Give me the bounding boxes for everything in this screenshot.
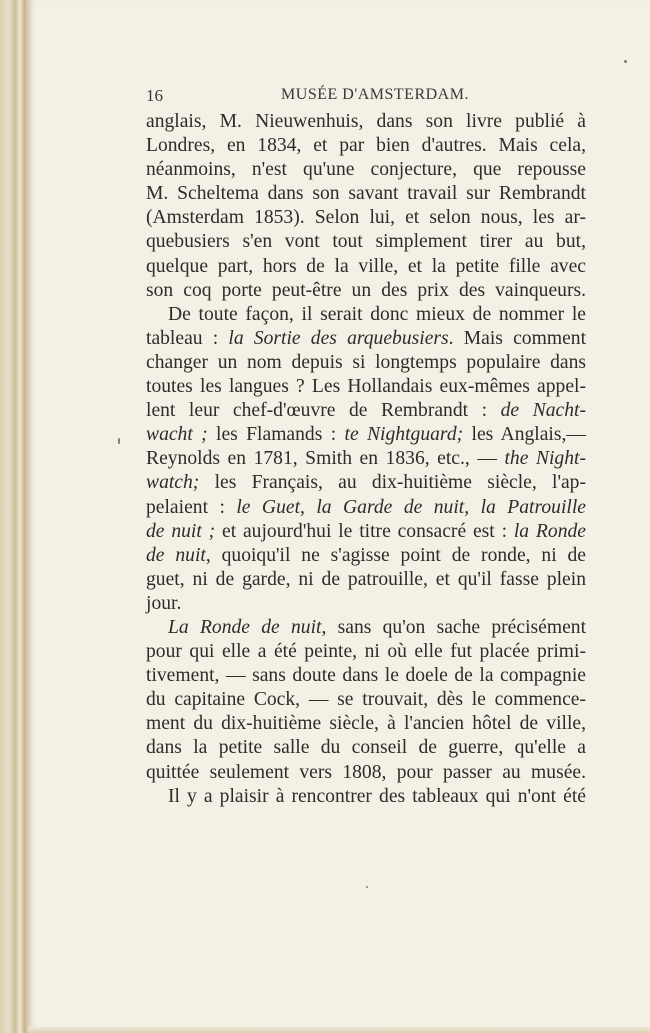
running-title: MUSÉE D'AMSTERDAM. xyxy=(146,86,590,104)
italic-text: le Guet, la Garde de nuit, la Patrouille xyxy=(236,497,586,518)
text-segment: M. Scheltema dans son savant travail sur… xyxy=(146,183,586,204)
page-header: 16 MUSÉE D'AMSTERDAM. xyxy=(146,86,590,110)
text-segment: quelque part, hors de la ville, et la pe… xyxy=(146,256,586,277)
text-segment: les Flamands : xyxy=(208,424,345,445)
paper-speck xyxy=(624,60,627,63)
page-bottom-edge xyxy=(28,1027,650,1033)
text-segment: les Français, au dix-huitième siècle, l'… xyxy=(199,472,586,493)
text-line: guet, ni de garde, ni de patrouille, et … xyxy=(146,568,586,592)
text-line: quittée seulement vers 1808, pour passer… xyxy=(146,761,586,785)
text-segment: quebusiers s'en vont tout simplement tir… xyxy=(146,231,586,252)
text-segment: ment du dix-huitième siècle, à l'ancien … xyxy=(146,713,586,734)
paper-speck xyxy=(118,438,120,444)
text-segment: du capitaine Cock, — se trouvait, dès le… xyxy=(146,689,586,710)
text-line: M. Scheltema dans son savant travail sur… xyxy=(146,182,586,206)
text-segment: De toute façon, il serait donc mieux de … xyxy=(168,304,586,325)
text-segment: Reynolds en 1781, Smith en 1836, etc., — xyxy=(146,448,504,469)
text-line: du capitaine Cock, — se trouvait, dès le… xyxy=(146,688,586,712)
text-line: watch; les Français, au dix-huitième siè… xyxy=(146,471,586,495)
text-segment: , quoiqu'il ne s'agisse point de ronde, … xyxy=(206,545,586,566)
body-text: anglais, M. Nieuwenhuis, dans son livre … xyxy=(146,110,586,809)
italic-text: de nuit xyxy=(146,545,206,566)
italic-text: la Ronde xyxy=(514,521,586,542)
text-line: de nuit ; et aujourd'hui le titre consac… xyxy=(146,520,586,544)
text-line: changer un nom depuis si longtemps popul… xyxy=(146,351,586,375)
text-line: (Amsterdam 1853). Selon lui, et selon no… xyxy=(146,206,586,230)
italic-text: la Sortie des arquebusiers xyxy=(228,328,448,349)
text-line: lent leur chef-d'œuvre de Rembrandt : de… xyxy=(146,399,586,423)
text-segment: . Mais comment xyxy=(449,328,586,349)
text-line: de nuit, quoiqu'il ne s'agisse point de … xyxy=(146,544,586,568)
text-segment: néanmoins, n'est qu'une conjecture, que … xyxy=(146,159,586,180)
text-line: La Ronde de nuit, sans qu'on sache préci… xyxy=(146,616,586,640)
text-segment: jour. xyxy=(146,593,181,614)
text-line: néanmoins, n'est qu'une conjecture, que … xyxy=(146,158,586,182)
italic-text: de nuit ; xyxy=(146,521,215,542)
text-line: anglais, M. Nieuwenhuis, dans son livre … xyxy=(146,110,586,134)
text-line: wacht ; les Flamands : te Nightguard; le… xyxy=(146,423,586,447)
text-line: De toute façon, il serait donc mieux de … xyxy=(146,303,586,327)
text-segment: tivement, — sans doute dans le doele de … xyxy=(146,665,586,686)
text-line: pour qui elle a été peinte, ni où elle f… xyxy=(146,640,586,664)
text-segment: quittée seulement vers 1808, pour passer… xyxy=(146,762,586,783)
text-segment: les Anglais,— xyxy=(463,424,586,445)
text-segment: lent leur chef-d'œuvre de Rembrandt : xyxy=(146,400,501,421)
text-segment: Londres, en 1834, et par bien d'autres. … xyxy=(146,135,586,156)
text-segment: changer un nom depuis si longtemps popul… xyxy=(146,352,586,373)
text-line: Reynolds en 1781, Smith en 1836, etc., —… xyxy=(146,447,586,471)
text-line: toutes les langues ? Les Hollandais eux-… xyxy=(146,375,586,399)
text-line: dans la petite salle du conseil de guerr… xyxy=(146,736,586,760)
text-segment: , sans qu'on sache précisément xyxy=(321,617,586,638)
italic-text: watch; xyxy=(146,472,199,493)
paper-speck xyxy=(366,886,368,888)
text-segment: toutes les langues ? Les Hollandais eux-… xyxy=(146,376,586,397)
text-segment: pelaient : xyxy=(146,497,236,518)
text-line: tableau : la Sortie des arquebusiers. Ma… xyxy=(146,327,586,351)
text-line: quebusiers s'en vont tout simplement tir… xyxy=(146,230,586,254)
text-line: ment du dix-huitième siècle, à l'ancien … xyxy=(146,712,586,736)
text-segment: et aujourd'hui le titre consacré est : xyxy=(215,521,514,542)
text-segment: dans la petite salle du conseil de guerr… xyxy=(146,737,586,758)
text-segment: pour qui elle a été peinte, ni où elle f… xyxy=(146,641,586,662)
text-line: Il y a plaisir à rencontrer des tableaux… xyxy=(146,785,586,809)
italic-text: wacht ; xyxy=(146,424,208,445)
text-line: pelaient : le Guet, la Garde de nuit, la… xyxy=(146,496,586,520)
text-line: Londres, en 1834, et par bien d'autres. … xyxy=(146,134,586,158)
text-segment: Il y a plaisir à rencontrer des tableaux… xyxy=(168,786,586,807)
text-line: tivement, — sans doute dans le doele de … xyxy=(146,664,586,688)
italic-text: te Nightguard; xyxy=(345,424,464,445)
italic-text: de Nacht- xyxy=(501,400,586,421)
text-line: jour. xyxy=(146,592,586,616)
book-binding-edge xyxy=(0,0,28,1033)
text-line: quelque part, hors de la ville, et la pe… xyxy=(146,255,586,279)
italic-text: La Ronde de nuit xyxy=(168,617,321,638)
italic-text: the Night- xyxy=(504,448,586,469)
text-line: son coq porte peut-être un des prix des … xyxy=(146,279,586,303)
text-segment: (Amsterdam 1853). Selon lui, et selon no… xyxy=(146,207,586,228)
text-segment: guet, ni de garde, ni de patrouille, et … xyxy=(146,569,586,590)
text-segment: tableau : xyxy=(146,328,228,349)
text-segment: son coq porte peut-être un des prix des … xyxy=(146,280,586,301)
text-segment: anglais, M. Nieuwenhuis, dans son livre … xyxy=(146,111,586,132)
